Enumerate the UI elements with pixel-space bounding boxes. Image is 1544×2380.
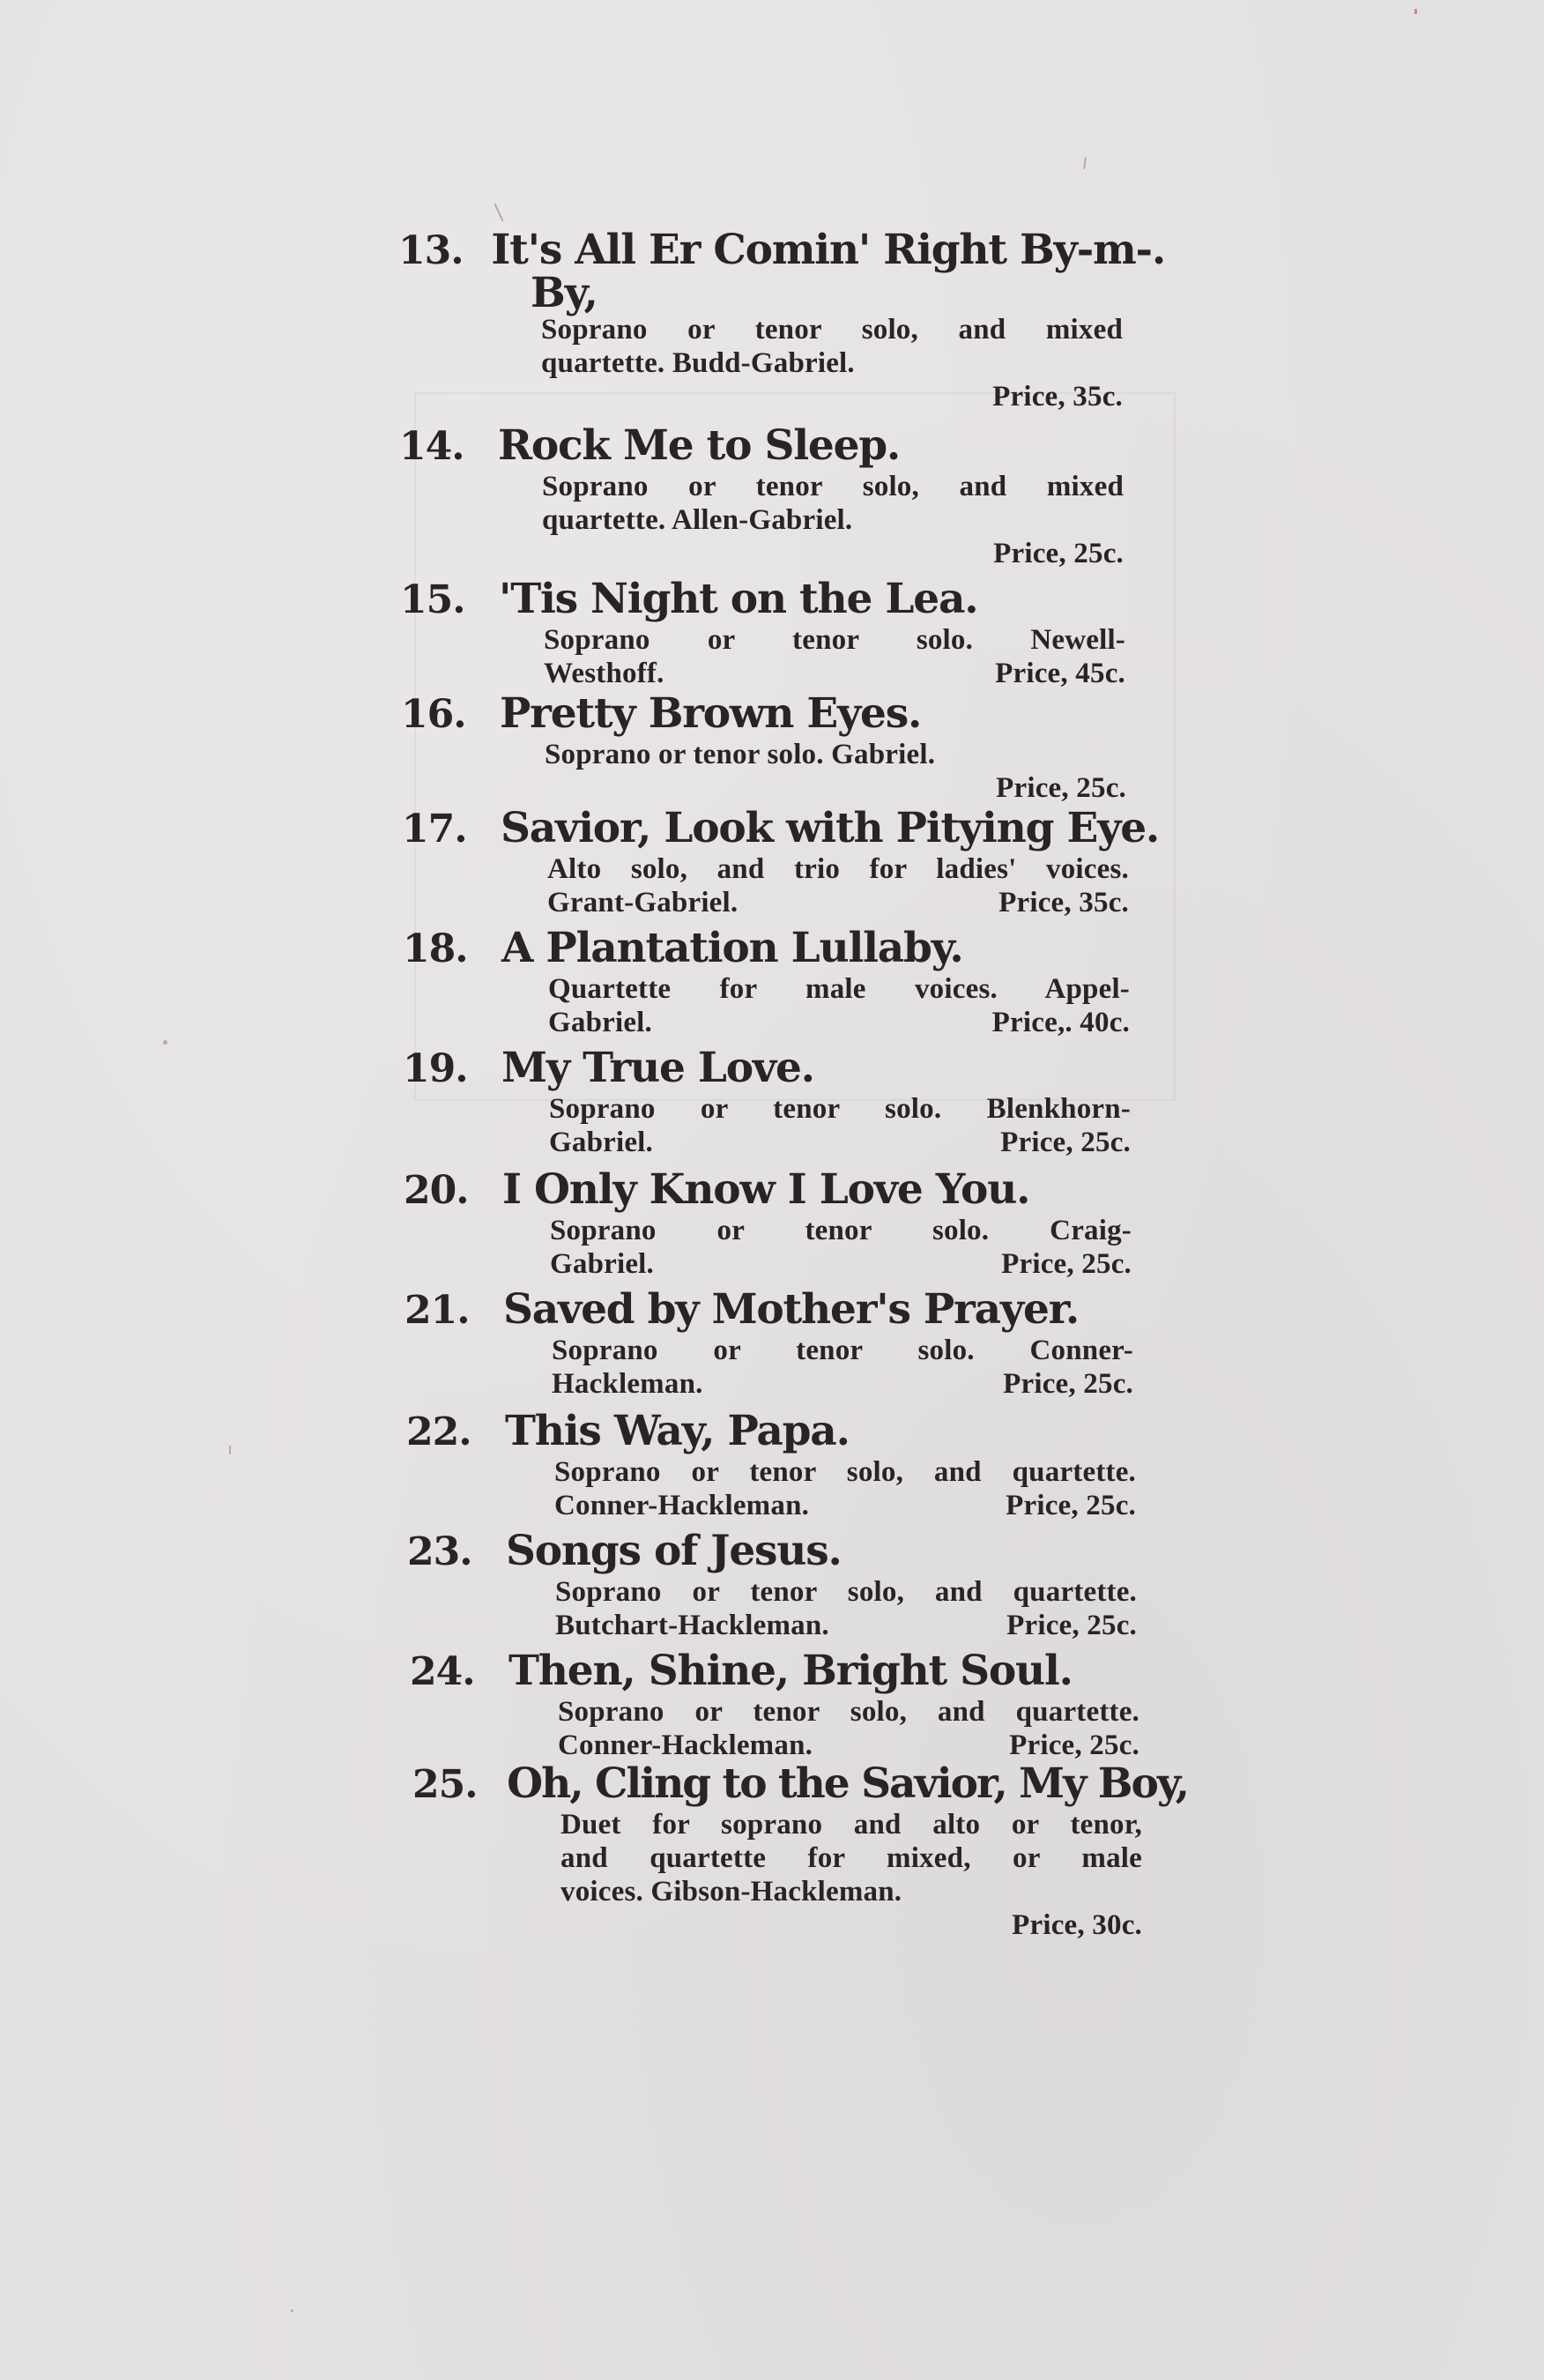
price: Price, 45c. [995, 657, 1125, 690]
song-description: Soprano or tenor solo. Newell- [544, 623, 1125, 657]
item-number: 20. [404, 1168, 502, 1213]
item-number: 22. [406, 1409, 505, 1454]
item-number: 24. [410, 1649, 508, 1694]
song-title: Pretty Brown Eyes. [500, 689, 921, 738]
song-title: I Only Know I Love You. [502, 1165, 1029, 1214]
item-number: 15. [400, 577, 499, 622]
item-number: 19. [403, 1046, 501, 1091]
song-description: and quartette for mixed, or male [560, 1841, 1142, 1875]
list-item: 22. This Way, Papa. Soprano or tenor sol… [406, 1407, 1173, 1522]
list-item: 20. I Only Know I Love You. Soprano or t… [404, 1165, 1170, 1281]
price: Price, 25c. [1006, 1489, 1136, 1522]
price: Price, 30c. [1012, 1908, 1142, 1942]
list-item: 19. My True Love. Soprano or tenor solo.… [403, 1044, 1169, 1159]
price: Price, 25c. [1001, 1247, 1132, 1281]
paper-fleck [229, 1446, 231, 1454]
price: Price, 25c. [1009, 1729, 1139, 1762]
song-title: It's All Er Comin' Right By-m-. [491, 226, 1165, 274]
song-description: Soprano or tenor solo. Blenkhorn- [549, 1092, 1131, 1126]
composer: Conner-Hackleman. [558, 1729, 813, 1762]
item-number: 23. [407, 1529, 506, 1574]
list-item: 18. A Plantation Lullaby. Quartette for … [403, 924, 1169, 1039]
song-title: Songs of Jesus. [506, 1527, 842, 1575]
paper-fleck [291, 2309, 293, 2312]
song-description: quartette. Budd-Gabriel. [541, 346, 1123, 380]
paper-fleck [1414, 9, 1417, 14]
price: Price, 35c. [998, 886, 1129, 919]
item-number: 21. [405, 1288, 503, 1333]
paper-fleck [163, 1040, 167, 1045]
composer: Butchart-Hackleman. [555, 1609, 829, 1642]
paper-fleck [1083, 157, 1087, 169]
song-title: Rock Me to Sleep. [498, 421, 900, 470]
song-description: Soprano or tenor solo, and quartette. [558, 1695, 1139, 1729]
song-description: Soprano or tenor solo. Gabriel. [545, 738, 1126, 771]
song-title: This Way, Papa. [505, 1407, 850, 1455]
song-description: Soprano or tenor solo, and mixed [541, 313, 1123, 346]
price: Price,. 40c. [992, 1006, 1130, 1039]
song-description: quartette. Allen-Gabriel. [542, 503, 1124, 537]
list-item: 23. Songs of Jesus. Soprano or tenor sol… [407, 1527, 1174, 1642]
composer: Gabriel. [548, 1006, 652, 1039]
price: Price, 25c. [1006, 1609, 1137, 1642]
price: Price, 35c. [992, 380, 1123, 413]
composer: Westhoff. [544, 657, 664, 690]
item-number: 18. [403, 926, 501, 971]
item-number: 13. [398, 228, 491, 273]
composer: Conner-Hackleman. [554, 1489, 809, 1522]
price: Price, 25c. [996, 771, 1126, 805]
item-number: 25. [412, 1762, 507, 1807]
item-number: 17. [402, 807, 501, 852]
list-item: 15. 'Tis Night on the Lea. Soprano or te… [400, 575, 1167, 690]
composer: Gabriel. [549, 1126, 653, 1159]
list-item: 13. It's All Er Comin' Right By-m-. By, … [398, 226, 1165, 413]
song-description: Alto solo, and trio for ladies' voices. [547, 852, 1129, 886]
song-description: Soprano or tenor solo, and mixed [542, 470, 1124, 503]
price: Price, 25c. [993, 537, 1124, 570]
song-description: Soprano or tenor solo, and quartette. [555, 1575, 1137, 1609]
item-number: 16. [401, 692, 500, 737]
list-item: 21. Saved by Mother's Prayer. Soprano or… [405, 1285, 1171, 1401]
list-item: 25. Oh, Cling to the Savior, My Boy, Due… [412, 1759, 1188, 1942]
list-item: 14. Rock Me to Sleep. Soprano or tenor s… [399, 421, 1166, 570]
song-title: Saved by Mother's Prayer. [503, 1285, 1079, 1334]
list-item: 17. Savior, Look with Pitying Eye. Alto … [402, 804, 1169, 919]
song-description: Soprano or tenor solo, and quartette. [554, 1455, 1136, 1489]
item-number: 14. [399, 424, 498, 469]
song-description: Soprano or tenor solo. Craig- [550, 1214, 1132, 1247]
paper-fleck [494, 204, 503, 222]
song-title: My True Love. [501, 1044, 814, 1092]
composer: Grant-Gabriel. [547, 886, 738, 919]
composer: Hackleman. [552, 1367, 703, 1401]
song-description: Quartette for male voices. Appel- [548, 972, 1130, 1006]
song-description: voices. Gibson-Hackleman. [560, 1875, 1142, 1908]
list-item: 16. Pretty Brown Eyes. Soprano or tenor … [401, 689, 1168, 805]
song-title: Then, Shine, Bright Soul. [508, 1647, 1073, 1695]
song-title: Oh, Cling to the Savior, My Boy, [507, 1759, 1188, 1808]
list-item: 24. Then, Shine, Bright Soul. Soprano or… [410, 1647, 1177, 1762]
price: Price, 25c. [1003, 1367, 1133, 1401]
song-description: Soprano or tenor solo. Conner- [552, 1334, 1133, 1367]
song-description: Duet for soprano and alto or tenor, [560, 1808, 1142, 1841]
song-title: Savior, Look with Pitying Eye. [501, 804, 1159, 852]
price: Price, 25c. [1000, 1126, 1131, 1159]
song-title: 'Tis Night on the Lea. [499, 575, 977, 623]
song-title: A Plantation Lullaby. [501, 924, 963, 972]
composer: Gabriel. [550, 1247, 654, 1281]
song-title-continued: By, [531, 274, 1165, 313]
